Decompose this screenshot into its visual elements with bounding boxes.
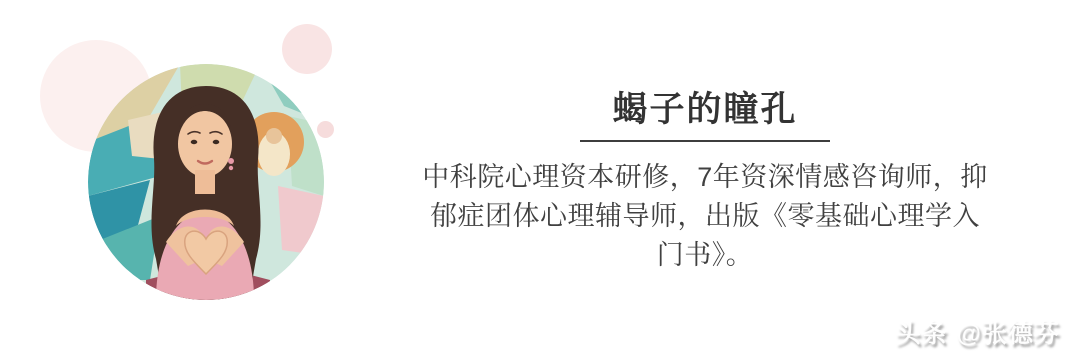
author-name: 蝎子的瞳孔 (418, 90, 992, 130)
bio-line-3: 门书》。 (418, 236, 992, 275)
avatar-woman-heart-hands-illustration (88, 64, 324, 300)
bio-line-2: 郁症团体心理辅导师，出版《零基础心理学入 (418, 197, 992, 236)
watermark-platform: 头条 (896, 320, 948, 348)
decorative-pink-dot (317, 121, 334, 138)
watermark-account: @张德芬 (957, 320, 1060, 348)
author-profile-card: 蝎子的瞳孔 中科院心理资本研修，7年资深情感咨询师，抑 郁症团体心理辅导师，出版… (0, 0, 1080, 360)
watermark: 头条@张德芬 (896, 314, 1060, 350)
avatar (88, 64, 324, 300)
author-info: 蝎子的瞳孔 中科院心理资本研修，7年资深情感咨询师，抑 郁症团体心理辅导师，出版… (418, 90, 992, 275)
author-bio: 中科院心理资本研修，7年资深情感咨询师，抑 郁症团体心理辅导师，出版《零基础心理… (418, 158, 992, 275)
decorative-pink-circle-small (282, 24, 332, 74)
title-divider (580, 140, 830, 142)
bio-line-1: 中科院心理资本研修，7年资深情感咨询师，抑 (418, 158, 992, 197)
